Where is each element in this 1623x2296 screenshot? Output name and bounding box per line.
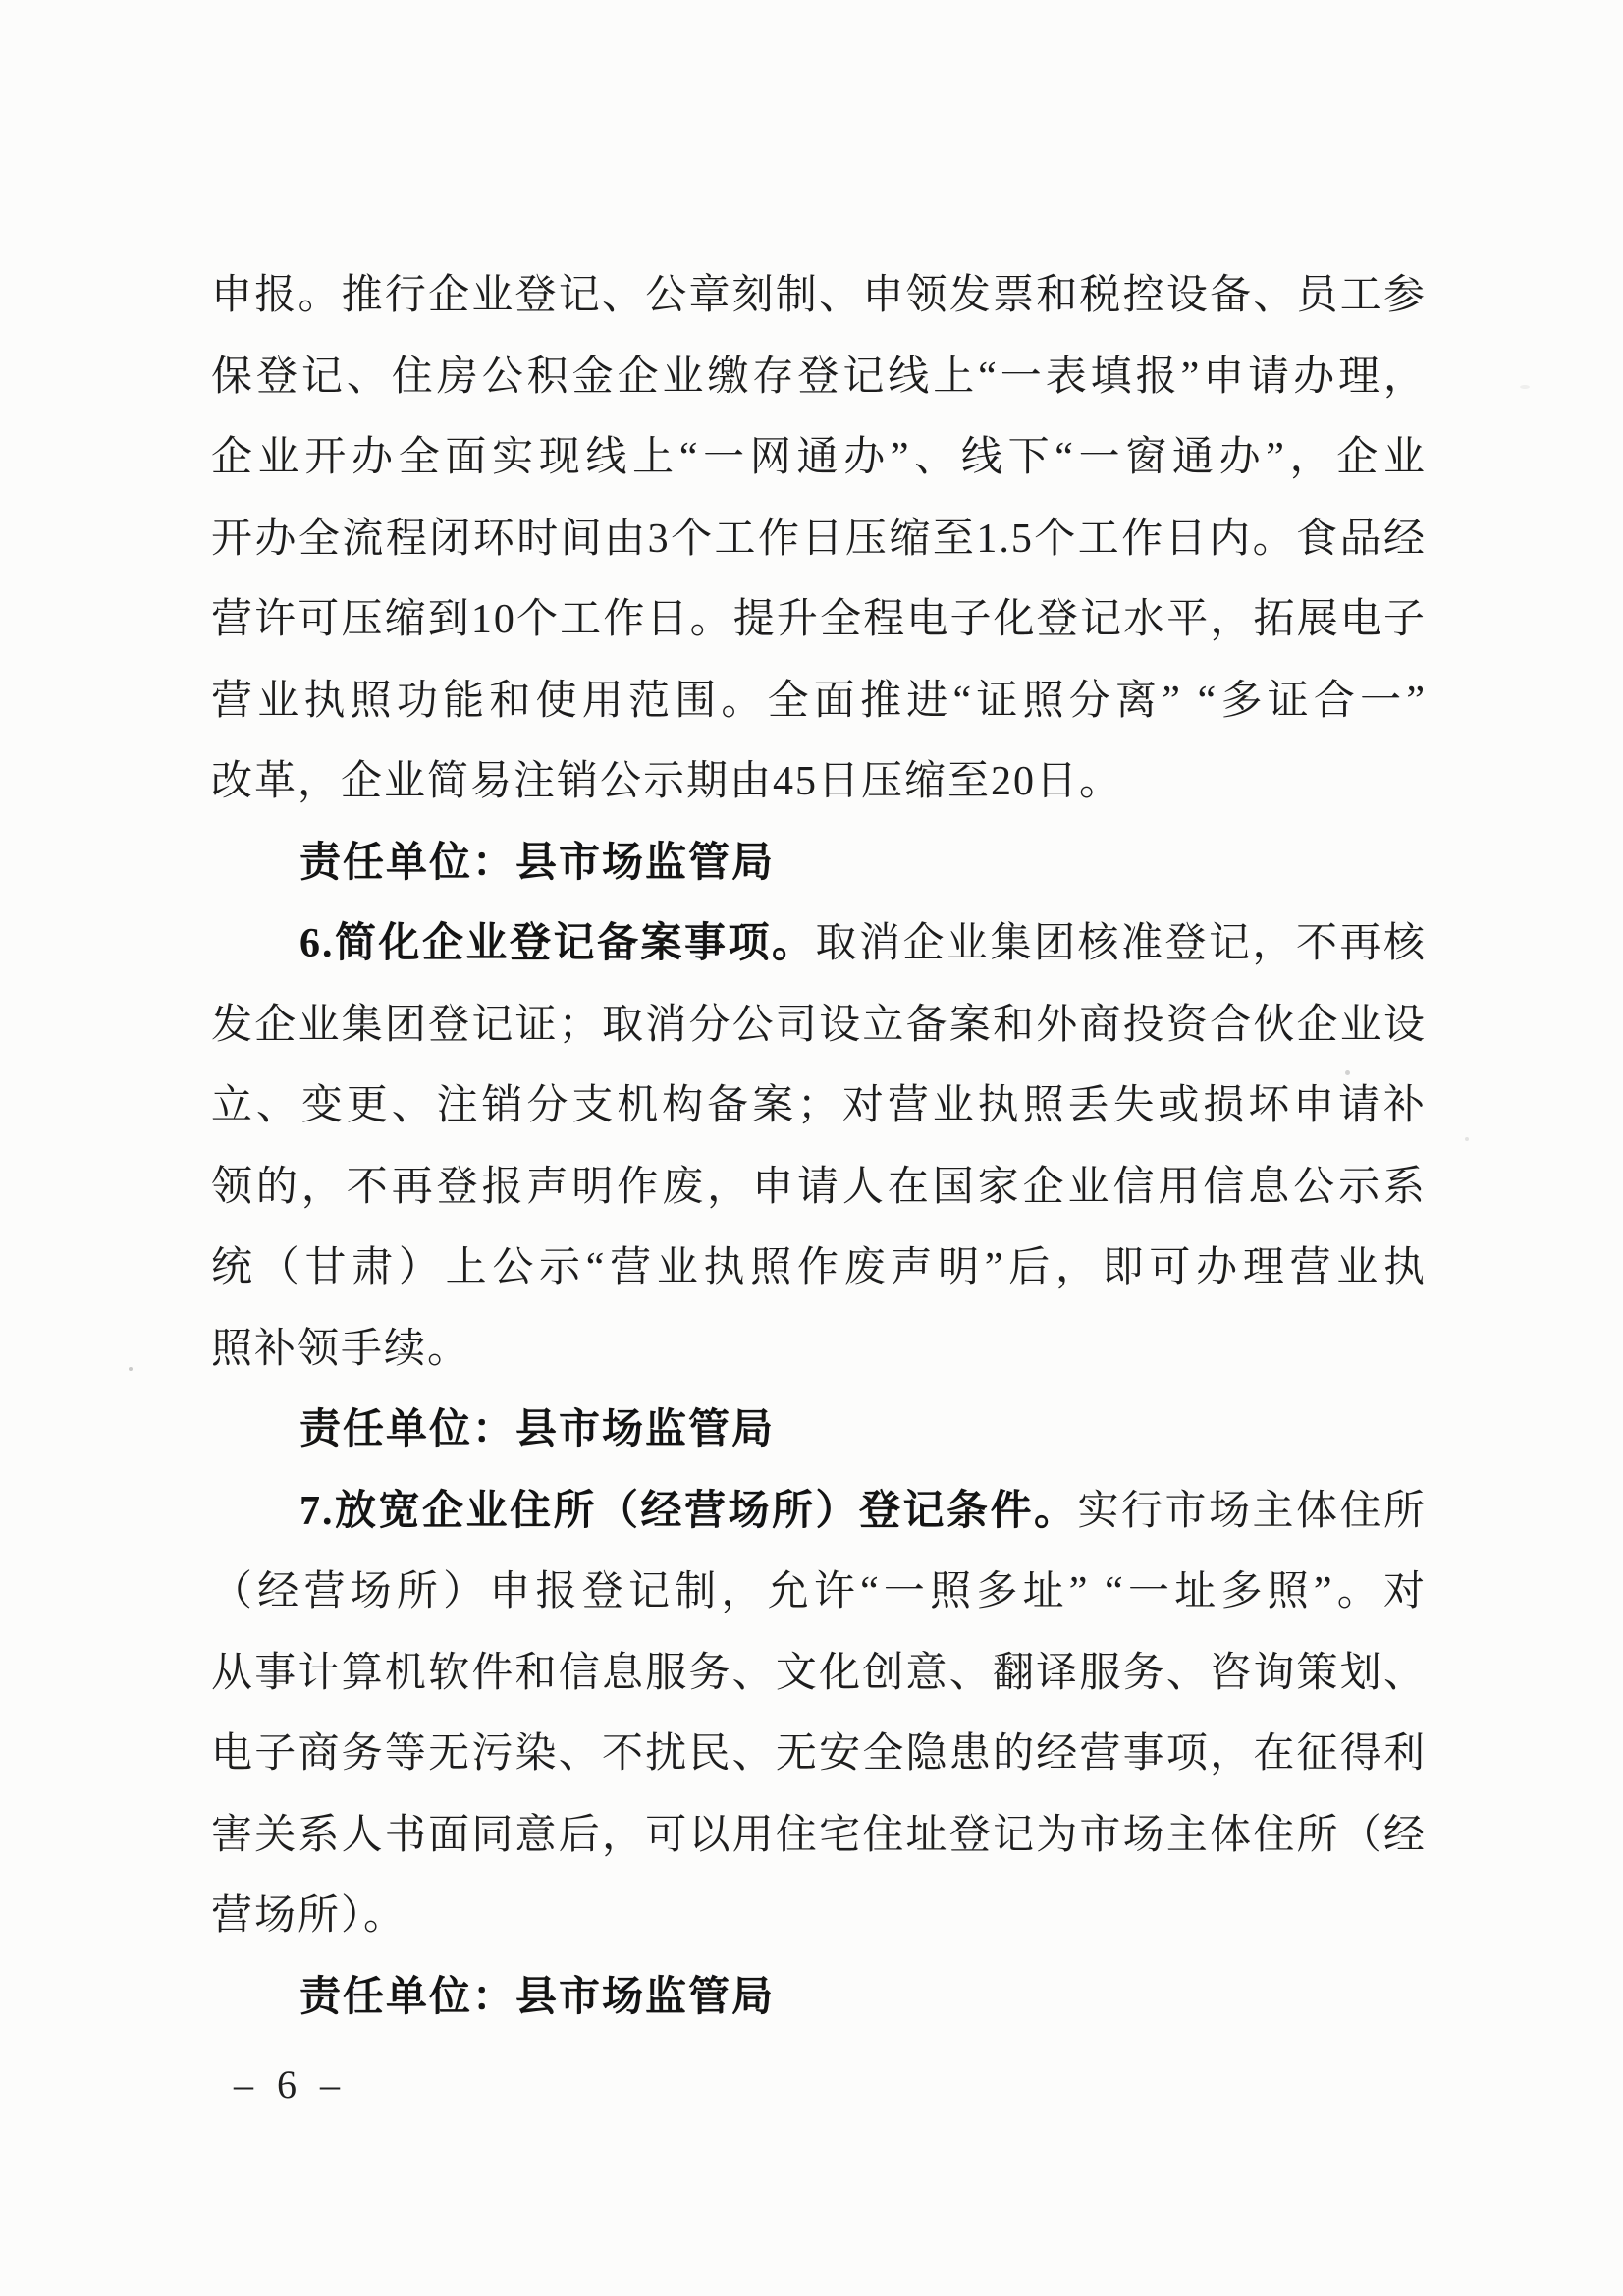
text-segment: 申报。推行企业登记、公章刻制、申领发票和税控设备、员工参	[211, 273, 1427, 318]
text-line: （经营场所）申报登记制，允许“一照多址” “一址多照”。对	[211, 1552, 1427, 1633]
text-segment: 企业开办全面实现线上“一网通办”、线下“一窗通办”，企业	[211, 435, 1427, 480]
text-line: 企业开办全面实现线上“一网通办”、线下“一窗通办”，企业	[211, 417, 1427, 499]
scan-speck	[1345, 1070, 1350, 1075]
document-page: 申报。推行企业登记、公章刻制、申领发票和税控设备、员工参保登记、住房公积金企业缴…	[0, 0, 1623, 2296]
text-segment: 电子商务等无污染、不扰民、无安全隐患的经营事项，在征得利	[211, 1731, 1427, 1777]
text-segment: 照补领手续。	[211, 1327, 470, 1372]
text-line: 责任单位：县市场监管局	[211, 1390, 1427, 1471]
text-segment: 从事计算机软件和信息服务、文化创意、翻译服务、咨询策划、	[211, 1651, 1427, 1696]
text-segment: 实行市场主体住所	[1077, 1489, 1427, 1534]
document-text: 申报。推行企业登记、公章刻制、申领发票和税控设备、员工参保登记、住房公积金企业缴…	[211, 255, 1427, 2038]
scan-speck	[129, 1367, 133, 1371]
text-line: 保登记、住房公积金企业缴存登记线上“一表填报”申请办理，	[211, 337, 1427, 418]
text-line: 开办全流程闭环时间由3个工作日压缩至1.5个工作日内。食品经	[211, 499, 1427, 580]
page-number: – 6 –	[234, 2062, 347, 2107]
text-segment: 营许可压缩到10个工作日。提升全程电子化登记水平，拓展电子	[211, 597, 1427, 642]
text-line: 7.放宽企业住所（经营场所）登记条件。实行市场主体住所	[211, 1471, 1427, 1553]
text-line: 营场所）。	[211, 1876, 1427, 1957]
text-segment-bold: 责任单位：县市场监管局	[299, 1407, 775, 1452]
text-segment: 立、变更、注销分支机构备案；对营业执照丢失或损坏申请补	[211, 1083, 1427, 1128]
text-segment: 营业执照功能和使用范围。全面推进“证照分离” “多证合一”	[211, 679, 1427, 724]
scan-speck	[1465, 1137, 1469, 1141]
text-segment: 改革，企业简易注销公示期由45日压缩至20日。	[211, 759, 1122, 804]
text-segment-bold: 责任单位：县市场监管局	[299, 841, 775, 886]
text-line: 立、变更、注销分支机构备案；对营业执照丢失或损坏申请补	[211, 1066, 1427, 1147]
text-segment: 开办全流程闭环时间由3个工作日压缩至1.5个工作日内。食品经	[211, 517, 1427, 562]
text-line: 电子商务等无污染、不扰民、无安全隐患的经营事项，在征得利	[211, 1714, 1427, 1795]
text-segment-bold: 7.放宽企业住所（经营场所）登记条件。	[299, 1489, 1077, 1534]
text-line: 责任单位：县市场监管局	[211, 823, 1427, 904]
text-segment: 害关系人书面同意后，可以用住宅住址登记为市场主体住所（经	[211, 1813, 1427, 1858]
text-line: 申报。推行企业登记、公章刻制、申领发票和税控设备、员工参	[211, 255, 1427, 337]
text-segment-bold: 责任单位：县市场监管局	[299, 1975, 775, 2020]
text-line: 照补领手续。	[211, 1309, 1427, 1391]
text-segment: （经营场所）申报登记制，允许“一照多址” “一址多照”。对	[211, 1569, 1427, 1614]
text-line: 营许可压缩到10个工作日。提升全程电子化登记水平，拓展电子	[211, 579, 1427, 661]
text-line: 营业执照功能和使用范围。全面推进“证照分离” “多证合一”	[211, 661, 1427, 742]
scan-speck	[1520, 385, 1530, 389]
text-segment: 保登记、住房公积金企业缴存登记线上“一表填报”申请办理，	[211, 355, 1427, 400]
text-segment: 发企业集团登记证；取消分公司设立备案和外商投资合伙企业设	[211, 1003, 1427, 1048]
text-segment: 领的，不再登报声明作废，申请人在国家企业信用信息公示系	[211, 1165, 1427, 1210]
text-segment: 统（甘肃）上公示“营业执照作废声明”后，即可办理营业执	[211, 1245, 1427, 1290]
text-line: 发企业集团登记证；取消分公司设立备案和外商投资合伙企业设	[211, 985, 1427, 1066]
text-line: 6.简化企业登记备案事项。取消企业集团核准登记，不再核	[211, 903, 1427, 985]
text-line: 责任单位：县市场监管局	[211, 1957, 1427, 2039]
text-line: 统（甘肃）上公示“营业执照作废声明”后，即可办理营业执	[211, 1228, 1427, 1309]
text-segment: 取消企业集团核准登记，不再核	[816, 921, 1428, 966]
text-line: 领的，不再登报声明作废，申请人在国家企业信用信息公示系	[211, 1147, 1427, 1229]
text-line: 从事计算机软件和信息服务、文化创意、翻译服务、咨询策划、	[211, 1633, 1427, 1715]
text-line: 改革，企业简易注销公示期由45日压缩至20日。	[211, 741, 1427, 823]
text-segment-bold: 6.简化企业登记备案事项。	[299, 921, 816, 966]
text-line: 害关系人书面同意后，可以用住宅住址登记为市场主体住所（经	[211, 1795, 1427, 1877]
text-segment: 营场所）。	[211, 1893, 406, 1939]
